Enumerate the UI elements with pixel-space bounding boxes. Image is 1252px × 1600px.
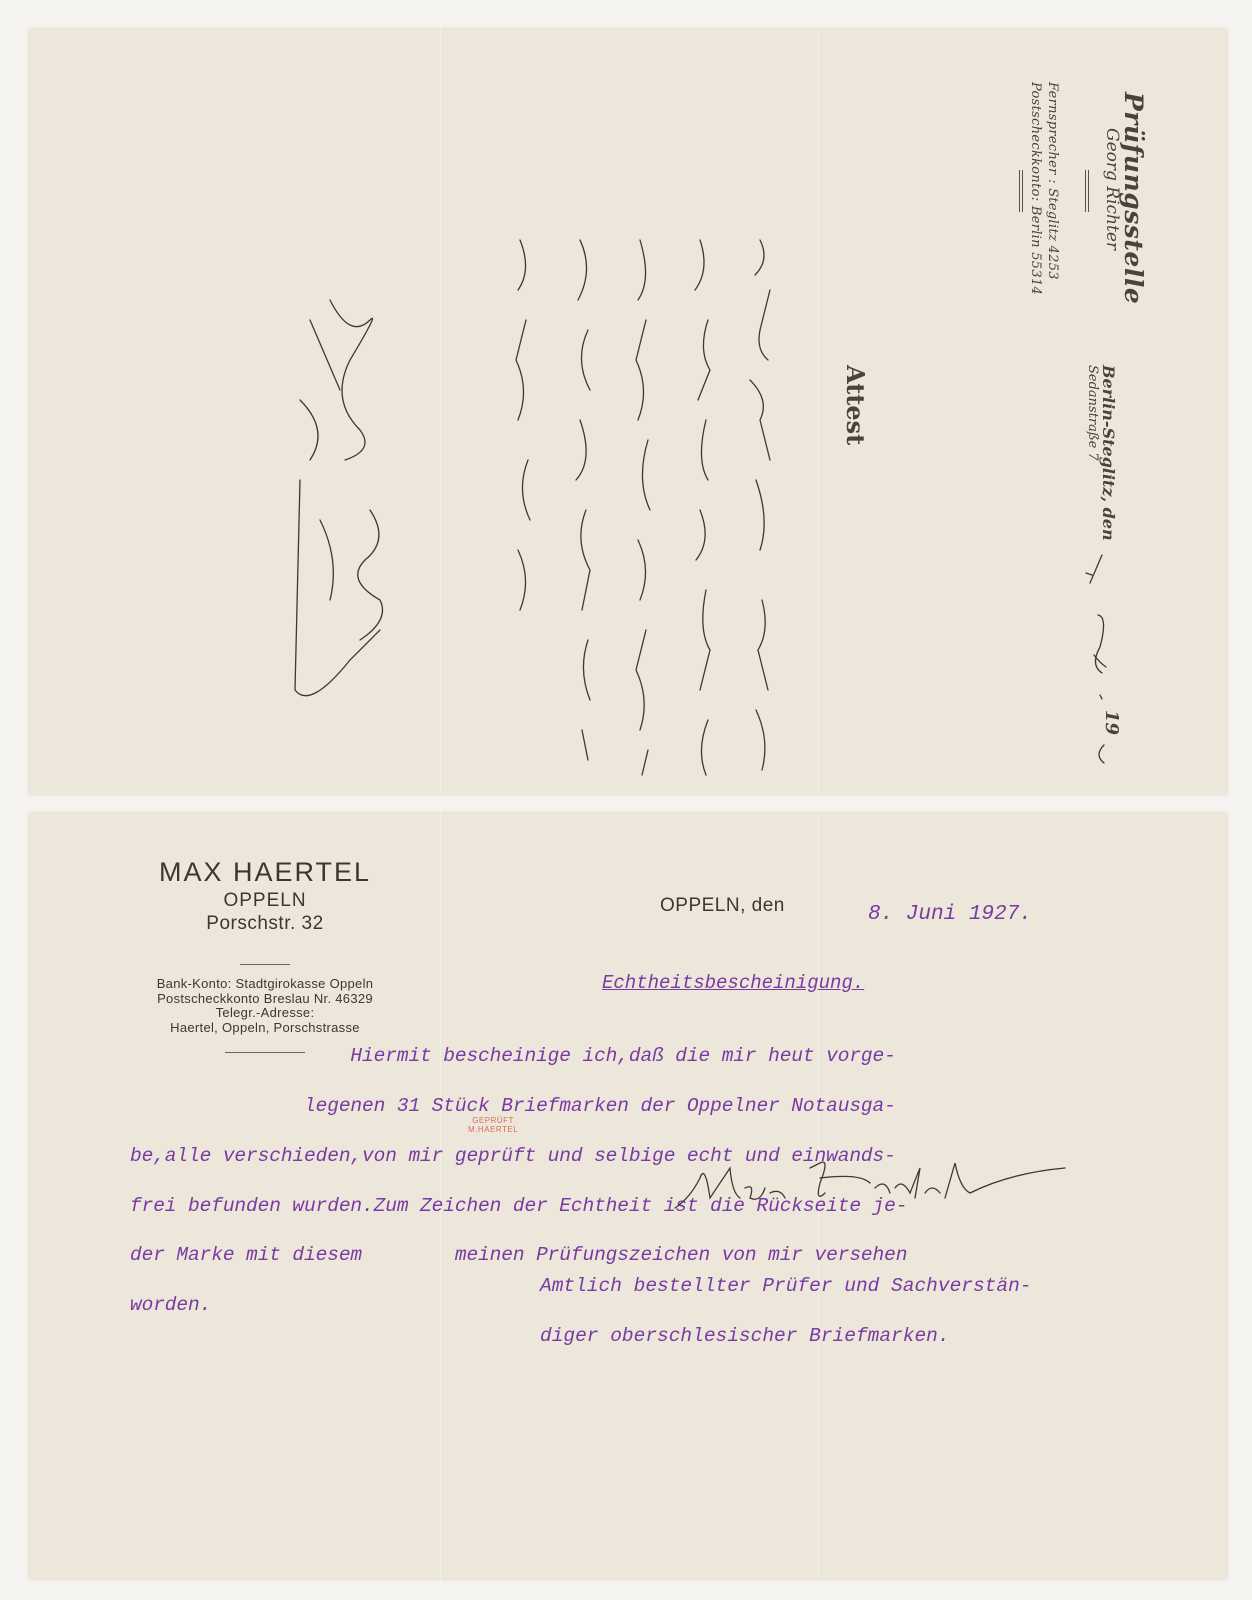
certificate-heading: Echtheitsbescheinigung. <box>602 972 864 994</box>
divider <box>1019 170 1020 212</box>
divider <box>1088 170 1089 212</box>
signature-georg-richter <box>290 300 400 720</box>
signature-max-haertel <box>670 1158 1070 1218</box>
divider <box>240 964 290 965</box>
letterhead-city: OPPELN <box>105 890 425 912</box>
stamp-line: GEPRÜFT <box>468 1116 518 1125</box>
handwritten-date <box>1080 555 1120 765</box>
dateline-prefix: OPPELN, den <box>660 895 785 917</box>
fold-line <box>440 28 441 795</box>
closing-line: diger oberschlesischer Briefmarken. <box>540 1328 1031 1345</box>
letterhead-city-date: Berlin-Steglitz, den <box>1099 365 1118 541</box>
certificate-date: 8. Juni 1927. <box>868 903 1032 926</box>
divider <box>1022 170 1023 212</box>
examiner-title: Amtlich bestellter Prüfer und Sachverstä… <box>540 1245 1031 1361</box>
letterhead-postal-account: Postscheckkonto Breslau Nr. 46329 <box>100 992 430 1007</box>
letterhead-bank: Bank-Konto: Stadtgirokasse Oppeln <box>100 977 430 992</box>
letterhead-street: Sedanstraße 7 <box>1085 365 1100 461</box>
letterhead-title: Prüfungsstelle <box>1119 92 1148 304</box>
attest-heading: Attest <box>841 365 870 445</box>
letterhead-postal-account: Postscheckkonto: Berlin 55314 <box>1028 82 1043 295</box>
handwritten-body <box>470 220 790 780</box>
letterhead-name: Georg Richter <box>1102 128 1122 250</box>
letterhead-phone: Fernsprecher : Steglitz 4253 <box>1045 82 1060 280</box>
body-line: legenen 31 Stück Briefmarken der Oppelne… <box>130 1098 907 1115</box>
letterhead-company: MAX HAERTEL <box>105 857 425 888</box>
divider <box>1085 170 1086 212</box>
inspection-stamp: GEPRÜFT M.HAERTEL <box>468 1116 518 1134</box>
body-line: Hiermit bescheinige ich,daß die mir heut… <box>130 1048 907 1065</box>
stamp-line: M.HAERTEL <box>468 1125 518 1134</box>
closing-line: Amtlich bestellter Prüfer und Sachverstä… <box>540 1278 1031 1295</box>
fold-line <box>818 28 819 795</box>
letterhead-street: Porschstr. 32 <box>105 913 425 935</box>
